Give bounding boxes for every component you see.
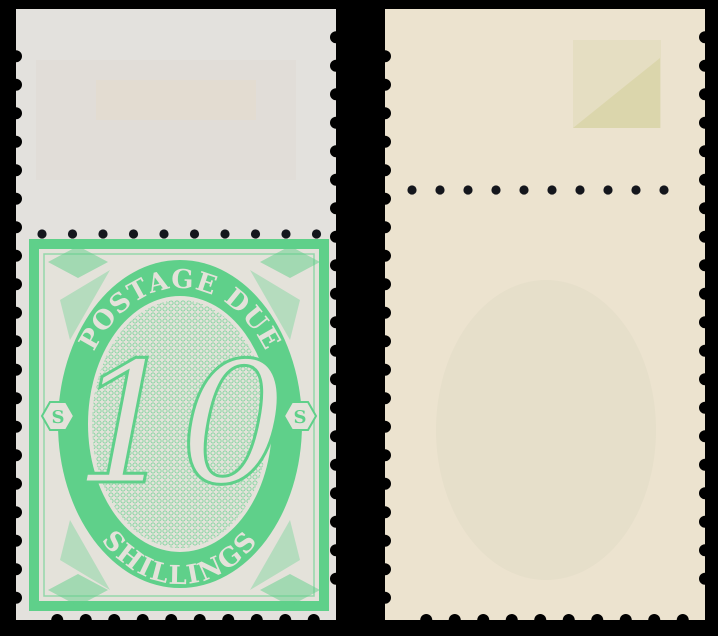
stamp-front: POSTAGE DUESHILLINGSSS10 [0,0,350,636]
stamp-front-artwork: POSTAGE DUESHILLINGSSS10 [0,0,350,636]
value-numeral: 10 [73,326,287,522]
side-s-mark: S [294,407,307,428]
stamp-back [368,0,718,636]
stamp-design: POSTAGE DUESHILLINGSSS10 [30,238,330,610]
stamp-back-artwork [368,0,718,636]
side-s-mark: S [52,407,65,428]
